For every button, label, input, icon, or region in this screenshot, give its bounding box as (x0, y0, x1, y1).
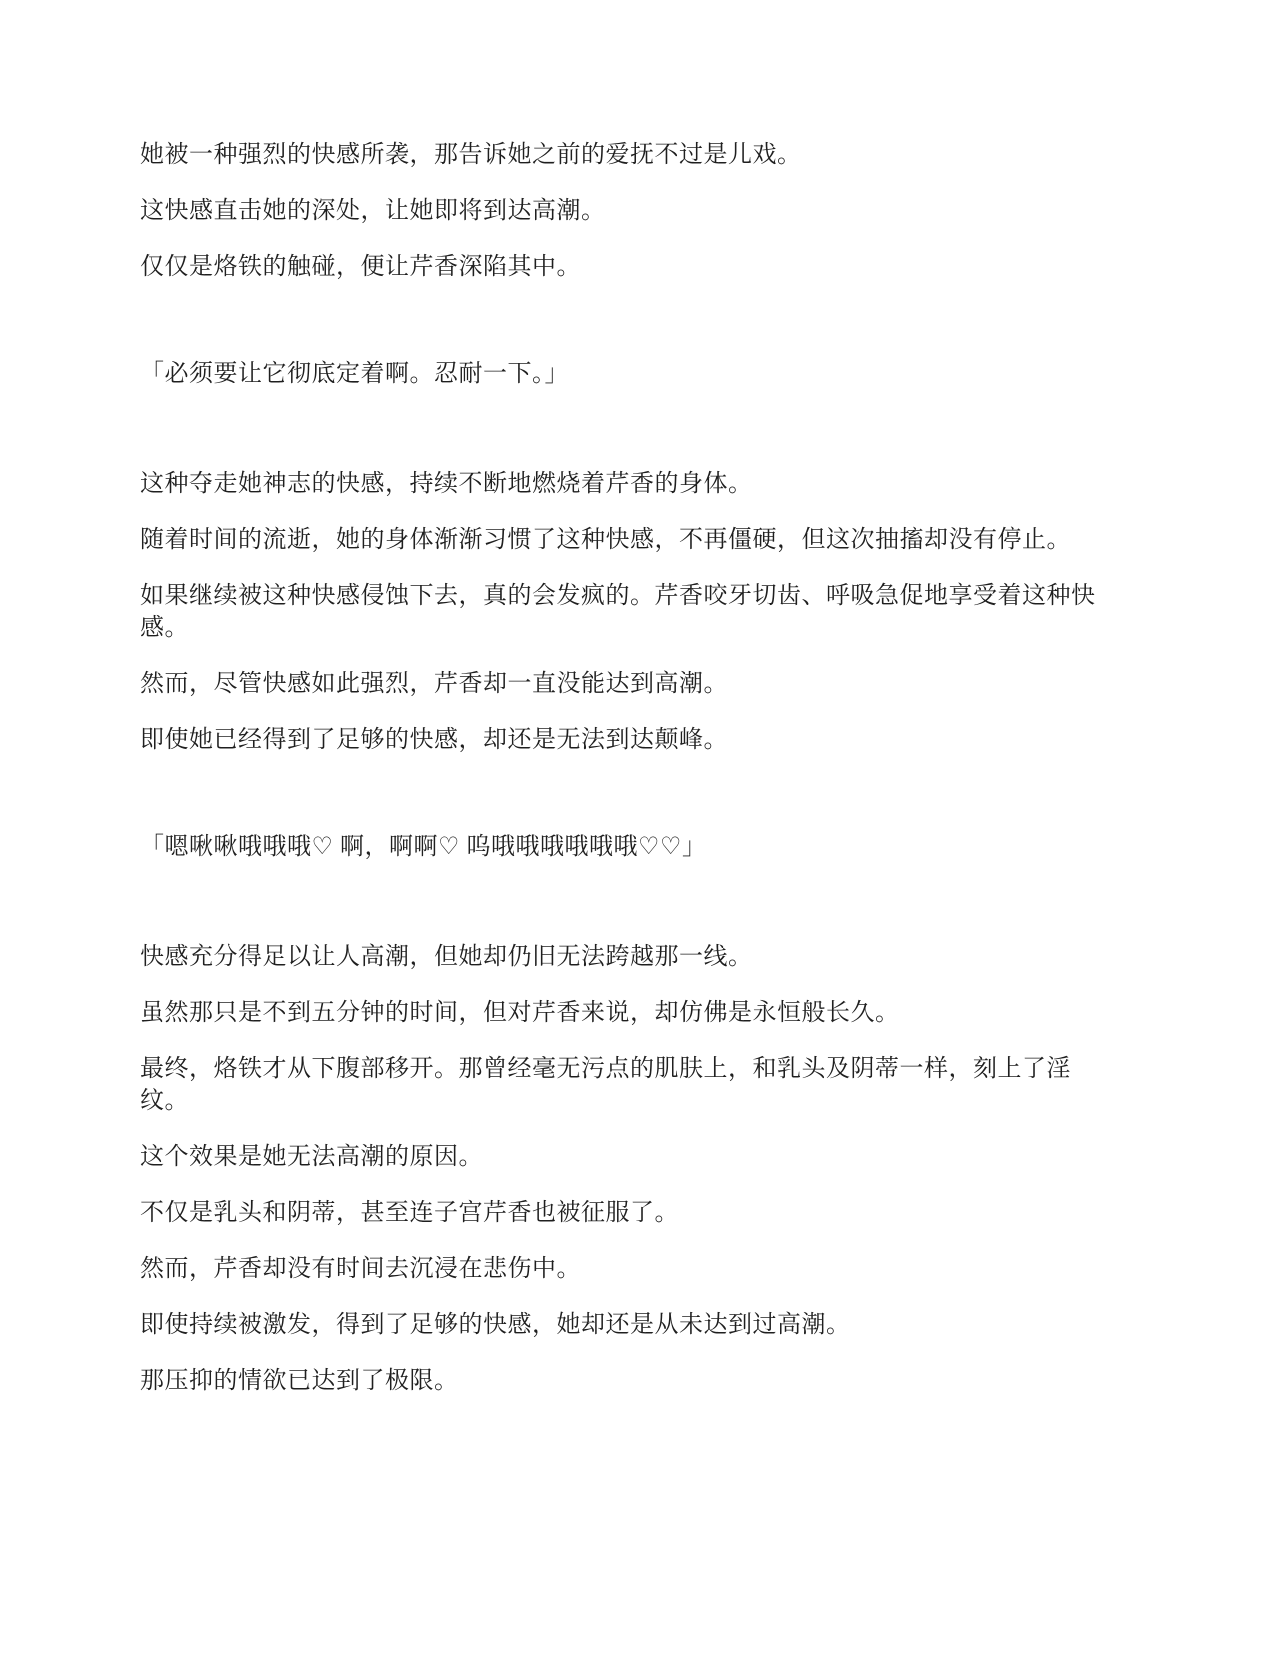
narration-paragraph: 快感充分得足以让人高潮，但她却仍旧无法跨越那一线。 (140, 941, 1115, 973)
narration-paragraph: 然而，尽管快感如此强烈，芹香却一直没能达到高潮。 (140, 668, 1115, 700)
narration-paragraph: 即使她已经得到了足够的快感，却还是无法到达颠峰。 (140, 724, 1115, 756)
narration-paragraph: 这种夺走她神志的快感，持续不断地燃烧着芹香的身体。 (140, 468, 1115, 500)
text-content: 她被一种强烈的快感所袭，那告诉她之前的爱抚不过是儿戏。 这快感直击她的深处，让她… (140, 139, 1115, 1397)
narration-paragraph: 如果继续被这种快感侵蚀下去，真的会发疯的。芹香咬牙切齿、呼吸急促地享受着这种快感… (140, 580, 1115, 644)
document-page: 她被一种强烈的快感所袭，那告诉她之前的爱抚不过是儿戏。 这快感直击她的深处，让她… (0, 0, 1280, 1656)
narration-paragraph: 随着时间的流逝，她的身体渐渐习惯了这种快感，不再僵硬，但这次抽搐却没有停止。 (140, 524, 1115, 556)
narration-paragraph: 那压抑的情欲已达到了极限。 (140, 1365, 1115, 1397)
narration-paragraph: 即使持续被激发，得到了足够的快感，她却还是从未达到过高潮。 (140, 1309, 1115, 1341)
narration-paragraph: 虽然那只是不到五分钟的时间，但对芹香来说，却仿佛是永恒般长久。 (140, 997, 1115, 1029)
narration-paragraph: 这个效果是她无法高潮的原因。 (140, 1141, 1115, 1173)
narration-paragraph: 这快感直击她的深处，让她即将到达高潮。 (140, 195, 1115, 227)
dialogue-paragraph: 「嗯啾啾哦哦哦♡ 啊，啊啊♡ 呜哦哦哦哦哦哦♡♡」 (140, 831, 1115, 863)
narration-paragraph: 最终，烙铁才从下腹部移开。那曾经毫无污点的肌肤上，和乳头及阴蒂一样，刻上了淫纹。 (140, 1053, 1115, 1117)
narration-paragraph: 不仅是乳头和阴蒂，甚至连子宫芹香也被征服了。 (140, 1197, 1115, 1229)
narration-paragraph: 仅仅是烙铁的触碰，便让芹香深陷其中。 (140, 251, 1115, 283)
narration-paragraph: 她被一种强烈的快感所袭，那告诉她之前的爱抚不过是儿戏。 (140, 139, 1115, 171)
narration-paragraph: 然而，芹香却没有时间去沉浸在悲伤中。 (140, 1253, 1115, 1285)
dialogue-paragraph: 「必须要让它彻底定着啊。忍耐一下。」 (140, 358, 1115, 390)
